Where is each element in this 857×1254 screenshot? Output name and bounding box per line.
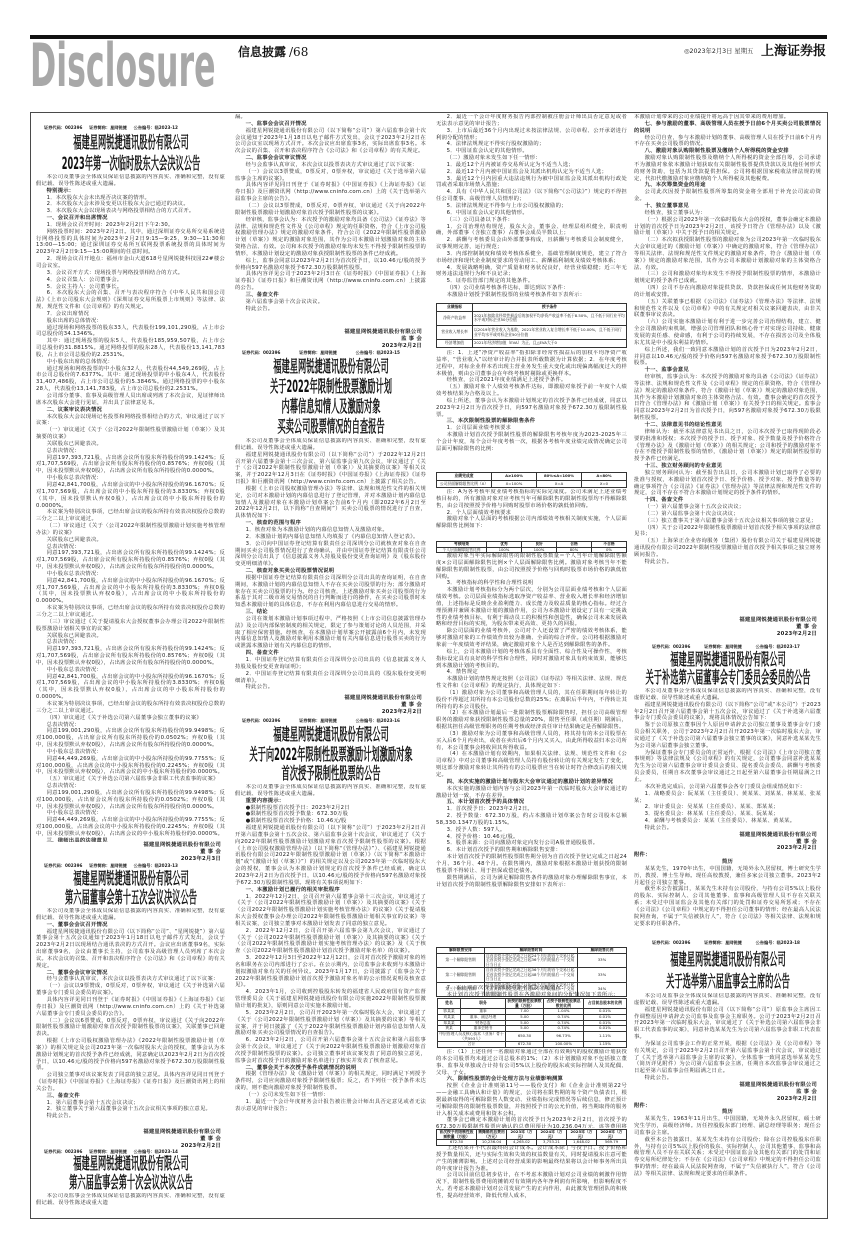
table-header-row: 姓名职务获授的限制性股票数量（万股）占授予限制性股票总数的比例占目前总股本的比例 [438,999,627,1009]
paragraph: （三）审议通过《关于提请股东大会授权董事会办理公司2022年限制性股票激励计划相… [36,619,225,633]
table-header-row: 首次授予的限制性股票数量（万股）需摊销的总费用（万元）2023年（万元）2024… [437,1130,627,1140]
section-heading: 三、备查文件 [235,292,426,299]
announcement-title: 福建星网锐捷通讯股份有限公司 关于选举第六届监事会主席的公告 [634,949,821,993]
announcement-title: 福建星网锐捷通讯股份有限公司 第六届监事会第十次会议决议公告 [36,1155,225,1192]
table-cell: 2021年经济增加值（EVA）为正，且△EVA大于0 [473,340,627,348]
announcement-body-continued: 注：1．上述“净资产收益率”指扣除非经常性损益后的加权平均净资产收益率，“营业收… [436,350,627,471]
paragraph: 公司在策划本激励计划事项过程中，严格按照《上市公司信息披露管理办法》及公司内部保… [235,616,426,650]
column-header: 获授的限制性股票数量（万股） [506,999,544,1009]
stock-abbr: 证券简称：星网锐捷 [299,718,337,723]
stock-code: 证券代码：002396 [652,644,690,649]
paragraph: 2．中国证券登记结算有限责任公司深圳分公司出具的《股东股份变更明细清单》。 [235,671,426,685]
paragraph: 2．最近12个月内被中国证监会及其派出机构认定为不适当人选； [436,169,627,176]
paragraph-list: 注：1．上述“净资产收益率”指扣除非经常性损益后的加权平均净资产收益率，“营业收… [436,350,627,453]
announcement-body-continued: 本激励计划带来的公司业绩提升将远高于因其带来的费用增加。七、参与激励的董事、高级… [634,114,821,617]
column-header: 2023年（万元） [507,1130,537,1140]
paragraph: 独立财务顾问认为：截至报告出具日，公司本激励计划已取得了必要的批准与授权，本激励… [634,470,821,497]
paragraph: 为保证董事会专门委员会的正常运作，根据《公司法》《上市公司独立董事规则》等法律法… [634,750,821,784]
section-title-cn: 信息披露/68 [238,45,308,59]
section-heading: 一、会议召开和出席情况 [36,215,225,222]
paragraph: 公司部分董事、监事及高级管理人员出席或列席了本次会议，见证律师出席本次股东大会进… [36,393,225,407]
section-heading: 十、独立董事意见 [634,203,821,210]
stock-code: 证券代码：002396 [242,350,280,355]
grant-conditions-table: 业绩指标授予条件净资产收益率2021年扣除非经常性损益后的加权平均净资产收益率不… [436,303,627,348]
signature: 福建星网锐捷通讯股份有限公司 监 事 会 2023年2月2日 [634,1082,821,1103]
section-heading: 七、参与激励的董事、高级管理人员在授予日前6个月买卖公司股票情况的说明 [634,121,821,135]
stock-abbr: 证券简称：星网锐捷 [89,863,127,868]
paragraph: 本议案为特别决议事项，已经出席会议的股东所持有效表决权股份总数的三分之二以上审议… [36,605,225,619]
stock-code: 证券代码：002396 [44,125,82,130]
stock-code-line: 证券代码：002396证券简称：星网锐捷公告编号：临2023-16 [242,718,400,723]
column-header: 占授予限制性股票总数的比例 [544,999,584,1009]
paragraph: （三）公司和激励对象均未发生不得授予限制性股票的情形，本激励计划规定的授予条件已… [634,271,821,285]
table-cell: 650.30 [506,1032,544,1042]
column-header: 业绩完成度 [437,473,492,481]
disclaimer: 本公司及董事会全体成员保证信息披露的内容真实、准确和完整，没有虚假记载、误导性陈… [235,784,426,798]
paragraph: 经审核，监事会认为：本次授予的激励对象均具备《公司法》《证券法》等法律、法规和规… [235,217,426,258]
section-heading: 二、监事会会议审议情况 [235,155,426,162]
paragraph-list: 漏。一、监事会会议召开情况福建星网锐捷通讯股份有限公司（以下简称“公司”）第六届… [235,114,426,312]
table-row: 个人层面解除限售比例100%100%80%0% [437,547,627,553]
paragraph: 根据《上市公司股权激励管理办法》《2022年限制性股票激励计划（草案）》的相关规… [36,1038,225,1072]
stock-code: 证券代码：002396 [652,940,690,945]
paragraph-list: 上述结果并不代表最终的会计成本。会计成本除了与授予日、授予价格和授予数量相关，还… [436,1145,627,1200]
paragraph: 本激励计划带来的公司业绩提升将远高于因其带来的费用增加。 [634,114,821,121]
table-cell: 80% [557,547,592,553]
announcement-body: 本公司及董事会全体成员保证信息披露的内容真实、准确和完整，没有虚假记载、误导性陈… [36,908,225,1129]
paragraph: 6．本次股东大会的召集、召开与表决程序符合《中华人民共和国公司法》《上市公司股东… [36,290,225,311]
paragraph: 某某先生，1963年11月出生，中国国籍，无境外永久居留权，硕士研究生学历，高级… [634,1116,821,1137]
section-heading: 重要内容提示： [235,798,426,805]
paragraph: 同意44,449,269股，占出席会议的中小股东所持股份的99.7755%；反对… [36,817,225,838]
title-line: 福建星网锐捷通讯股份有限公司 [26,869,236,888]
paragraph: 具体内容详见同日刊登于《证券时报》《中国证券报》《上海证券报》《证券日报》及巨潮… [36,997,225,1018]
title-line: 2023年第一次临时股东大会决议公告 [26,153,236,174]
signature-company: 福建星网锐捷通讯股份有限公司 [235,695,426,702]
paragraph: （一）根据公司2023年第一次临时股东大会的授权，董事会确定本激励计划的首次授予… [634,217,821,238]
paragraph: 律师认为：截至本法律意见书出具之日，公司本次授予已取得现阶段必要的批准和授权；本… [634,429,821,463]
disclaimer: 本公司及董事会全体成员保证信息披露的内容真实、准确和完整，没有虚假记载、误导性陈… [36,174,225,188]
paragraph: 3．最近12个月内因重大违法违规行为被中国证监会及其派出机构行政处罚或者采取市场… [436,176,627,190]
paragraph: 中小股东总表决情况： [36,667,225,674]
announcement-body-continued: 7．本计划首次授予的激励对象名单及分配情况：本计划首次授予的限制性股票在各激励对… [436,985,627,998]
newspaper-page: Disclosure 信息披露/68 ◎2023年2月3日 星期五 上海证券报 … [0,0,857,1254]
paragraph: 4．会议召集人：公司董事会。 [36,277,225,284]
paragraph: 3．公司向中国证券登记结算有限责任公司深圳分公司就核查对象在自查期间买卖公司股票… [235,541,426,568]
paragraph: 4．具有《中华人民共和国公司法》（以下简称“《公司法》”）规定的不得担任公司董事… [436,189,627,203]
paragraph: 同意42,841,700股，占出席会议的中小股东所持股份的96.1670%；反对… [36,578,225,605]
table-cell: X=0 [582,480,627,488]
paragraph: 根据中国证券登记结算有限责任公司深圳分公司出具的查询证明，在自查期间，本激励计划… [235,575,426,609]
paragraph: （三）独立董事关于第六届董事会第十五次会议相关事项的独立意见； [634,518,821,525]
stock-code-line: 证券代码：002396证券简称：星网锐捷公告编号：临2023-15 [242,350,400,355]
paragraph: 2．授予数量：672.30万股，约占本激励计划草案公告时公司股本总额58,330… [436,813,627,827]
paragraph-list: 某某先生，1970年出生，中国国籍，无境外永久居留权，博士研究生学历，教授、博士… [634,866,821,928]
title-line: 第六届董事会第十五次会议决议公告 [26,888,236,907]
signature-date: 2023年2月2日 [634,1096,821,1103]
signature-company: 福建星网锐捷通讯股份有限公司 [634,832,821,839]
paragraph-list: 2．最近一个会计年度财务报告内部控制被注册会计师出具否定意见或者无法表示意见的审… [436,114,627,299]
signature-company: 福建星网锐捷通讯股份有限公司 [36,1129,225,1136]
table-cell: 1.15% [584,1042,627,1048]
paragraph: 特此公告。 [634,559,821,566]
paragraph: 网络投票时间：2023年2月2日。其中，通过深圳证券交易所交易系统进行网络投票的… [36,229,225,256]
paragraph: 本议案为特别决议事项，已经出席会议的股东所持有效表决权股份总数的三分之二以上审议… [36,701,225,715]
paragraph: 本计划首次授予的限制性股票限售期分别为自首次授予登记完成之日起24个月、36个月… [436,854,627,875]
announcement-number: 公告编号：临2023-16 [356,718,400,723]
title-line: 福建星网锐捷通讯股份有限公司 [26,1155,236,1174]
section-heading: 特别提示： [36,188,225,195]
paragraph: 截至本公告披露日，某某先生未持有公司股份，与持有公司5%以上股份的股东、实际控制… [634,886,821,927]
stock-code-line: 证券代码：002396证券简称：星网锐捷公告编号：临2023-12 [44,125,178,130]
paragraph: 1．最近12个月内被证券交易所认定为不适当人选； [436,162,627,169]
paragraph: 中小股东总表决情况： [36,749,225,756]
paragraph: 鉴于公司原独立董事因个人原因申请辞去公司独立董事及董事会专门委员会相关职务，公司… [634,722,821,749]
announcement-number: 公告编号：临2023-15 [356,350,400,355]
attachment-heading: 简历 [634,859,821,866]
signature-company: 福建星网锐捷通讯股份有限公司 [235,329,426,336]
paragraph: 某某先生，1970年出生，中国国籍，无境外永久居留权，博士研究生学历，教授、博士… [634,866,821,887]
paragraph: 1．战略委员会：阮某某（主任委员）、黄某某、刘某某、林某某、张某某； [634,791,821,805]
paragraph: 4．2023年1月，公司收到控股股东转发的福建省人民政府国有资产监督管理委员会《… [235,989,426,1010]
announcement-body: 本公司及监事会全体成员保证信息披露的内容真实、准确和完整，没有虚假记载、误导性陈… [634,993,821,1216]
paragraph: 经核查，独立董事认为： [634,210,821,217]
paragraph: （二）激励对象未发生如下任一情形： [436,155,627,162]
paragraph-list: 福建星网锐捷通讯股份有限公司（以下简称“公司”）原监事会主席因工作调整原因申请辞… [634,1007,821,1082]
paragraph: 本议案为特别决议事项，已经出席会议的股东所持有效表决权股份总数的三分之二以上审议… [36,509,225,523]
title-line: 福建星网锐捷通讯股份有限公司 [623,949,833,971]
paragraph: 注：1．上述“净资产收益率”指扣除非经常性损益后的加权平均净资产收益率，“营业收… [436,350,627,377]
announcement-number: 公告编号：临2023-12 [134,125,178,130]
paragraph: 特此公告。 [634,825,821,832]
paragraph: 2．薪酬与考核委员会由外部董事构成，且薪酬与考核委员会制度健全，议事规则完善，运… [436,237,627,251]
title-line: 关于向2022年限制性股票激励计划激励对象 [226,745,436,765]
table-row: 第二个解除限售期自首次授予登记完成之日起36个月后的首个交易日起至首次授予登记完… [437,968,627,983]
section-heading: 三、结论 [235,609,426,616]
section-title-en: Disclosure [30,36,216,96]
paragraph: 同意42,841,700股，占出席会议的中小股东所持股份的96.1670%；反对… [36,674,225,701]
signature-date: 2023年2月2日 [235,343,426,350]
stock-code-line: 证券代码：002396证券简称：星网锐捷公告编号：临2023-18 [652,940,800,945]
title-line: 内幕信息知情人及激励对象 [226,397,436,417]
paragraph-list: 注：（1）上述任何一名激励对象通过全部在有效期内的股权激励计划获授的本公司股票均… [436,1049,627,1128]
paragraph-list: 注：A为各考核年度业绩考核指标的实际完成度。公司未满足上述业绩考核目标的，所有激… [436,489,627,530]
section-name: 信息披露 [238,45,286,59]
table-cell: 100% [487,547,522,553]
paragraph: 注：A为各考核年度业绩考核指标的实际完成度。公司未满足上述业绩考核目标的，所有激… [436,489,627,510]
paragraph: 7．会议出席情况 [36,311,225,318]
paragraph: （一）第六届董事会第十五次会议决议； [634,504,821,511]
paragraph: 其中：通过现场投票的股东5人，代表股份185,959,507股，占上市公司总股份… [36,338,225,359]
paragraph: 综上，公司本激励计划的考核体系具有全面性、综合性及可操作性，考核指标设定具有良好… [436,649,627,670]
paragraph: （一）会议以9票赞成，0票反对，0票弃权，审议通过《关于补选第六届董事会专门委员… [36,983,225,997]
cost-amortization-table: 首次授予的限制性股票数量（万股）需摊销的总费用（万元）2023年（万元）2024… [436,1129,627,1146]
title-line: 福建星网锐捷通讯股份有限公司 [226,725,436,745]
paragraph: 具体内容详见公司于2023年2月3日在《证券时报》《中国证券报》《上海证券报》《… [235,271,426,292]
paragraph: （六）公司实施本激励计划有利于进一步完善公司治理结构，建立、健全公司激励约束机制… [634,319,821,346]
paragraph: 综上所述，董事会认为本激励计划规定的首次授予条件已经成就，同意以2023年2月2… [436,398,627,419]
paragraph: 经与会监事认真审议，本次会议以投票表决方式审议通过了以下议案： [235,162,426,169]
disclaimer: 本公司及监事会全体成员保证信息披露的内容真实、准确和完整，没有虚假记载、误导性陈… [634,993,821,1007]
paragraph: 同意197,393,721股，占出席会议所有股东所持股份的99.1424%；反对… [36,550,225,571]
column-header: A<80% [582,473,627,481]
column-header: 授予条件 [473,304,627,312]
issue-date: ◎2023年2月3日 星期五 [684,48,753,56]
paragraph: 通过现场和网络投票的股东33人，代表股份199,101,290股，占上市公司总股… [36,325,225,339]
stock-abbr: 证券简称：星网锐捷 [299,350,337,355]
paragraph-list: 本激励计划带来的公司业绩提升将远高于因其带来的费用增加。七、参与激励的董事、高级… [634,114,821,566]
paragraph: 特此公告。 [235,306,426,313]
newspaper-logo: 上海证券报 [761,44,826,59]
table-cell: 第一个解除限售期 [437,953,485,968]
announcement-body: 本公司及董事会全体成员保证信息披露的内容真实、准确和完整，没有虚假记载、误导性陈… [36,174,225,842]
disclaimer: 本公司及董事会全体成员保证信息披露的内容真实、准确和完整，没有虚假记载、误导性陈… [36,908,225,922]
stock-code-line: 证券代码：002396证券简称：星网锐捷公告编号：临2023-17 [652,644,800,649]
title-line: 首次授予限制性股票的公告 [226,764,436,784]
paragraph: 第六届监事会第十次会议决议。 [235,299,426,306]
announcement-title: 福建星网锐捷通讯股份有限公司 关于向2022年限制性股票激励计划激励对象 首次授… [235,725,426,784]
table-cell: 2021年扣除非经常性损益后的加权平均净资产收益率不低于8.50%，且不低于同行… [473,311,627,325]
title-line: 福建星网锐捷通讯股份有限公司 [226,357,436,377]
table-row: 营业收入增长率以2019年营业收入为基数，2021年营业收入复合增长率不低于10… [437,325,627,339]
paragraph: （五）上海荣正企业咨询服务（集团）股份有限公司关于福建星网锐捷通讯股份有限公司2… [634,538,821,559]
column-header: 占目前总股本的比例 [584,999,627,1009]
paragraph: （二）审议通过《关于〈公司2022年限制性股票激励计划实施考核管理办法〉的议案》 [36,523,225,537]
signature-board: 董 事 会 [36,849,225,856]
paragraph: 公司以目前信息初步估计，在不考虑本激励计划对公司业绩的刺激作用情况下，限制性股票… [436,1172,627,1199]
page-number: /68 [289,45,308,59]
section-heading: 十二、法律意见书的结论性意见 [634,422,821,429]
paragraph: （一）公司未发生如下任一情形： [235,1092,426,1099]
column-header: 姓名 [438,999,461,1009]
signature-board: 董 事 会 [235,702,426,709]
signature-date: 2023年2月2日 [634,631,821,638]
paragraph: 截至本公告披露日，某某先生未持有公司股份；除在公司控股股东任职外，与持有公司5%… [634,1137,821,1178]
paragraph: 上述结果并不代表最终的会计成本。会计成本除了与授予日、授予价格和授予数量相关，还… [436,1145,627,1172]
paragraph: 福建星网锐捷通讯股份有限公司（以下简称“公司”）第六届监事会第十次会议通知于20… [235,128,426,155]
table-row: 中层管理人员及核心技术（业务）骨干（共593人）650.3096.73%1.11… [438,1032,627,1042]
paragraph: （四）公司业绩考核条件达标，即达到以下条件： [436,285,627,292]
section-heading: 三、备查文件 [36,1093,225,1100]
paragraph: 注：（1）上述任何一名激励对象通过全部在有效期内的股权激励计划获授的本公司股票均… [436,1049,627,1076]
paragraph: 本激励计划考核指标分为两个层次，分别为公司层面业绩考核和个人层面绩效考核。公司层… [436,587,627,628]
paragraph-list: 某某先生，1963年11月出生，中国国籍，无境外永久居留权，硕士研究生学历，高级… [634,1116,821,1178]
paragraph-list: 特别提示：1．本次股东大会未出现否决议案的情形。2．本次股东大会未涉及变更以往股… [36,188,225,842]
paragraph: 激励对象认购限制性股票及缴纳个人所得税的资金全部自筹，公司承诺不为激励对象依本激… [634,155,821,182]
title-line: 第六届监事会第十次会议决议公告 [26,1174,236,1193]
paragraph: 中小股东总表决情况： [36,475,225,482]
title-line: 关于选举第六届监事会主席的公告 [623,971,833,993]
paragraph: 1．最近一个会计年度财务会计报告被注册会计师出具否定意见或者无法表示意见的审计报… [235,1099,426,1113]
announcement-body: 本公司及董事会全体成员保证信息披露的内容真实、准确和完整，没有虚假记载、误导性陈… [235,438,426,695]
paragraph: 同意42,841,700股，占出席会议的中小股东所持股份的96.1670%；反对… [36,482,225,509]
allocation-table: 姓名职务获授的限制性股票数量（万股）占授予限制性股票总数的比例占目前总股本的比例… [437,998,627,1048]
table-cell: 0% [592,547,627,553]
table-cell: 个人层面解除限售比例 [437,547,487,553]
paragraph: 激励对象个人层面的考核根据公司内部绩效考核相关制度实施，个人层面解除限售比例如下… [436,516,627,530]
paragraph: （二）本次拟获授限制性股票的激励对象为公司2023年第一次临时股东大会审议通过的… [634,237,821,271]
paragraph-list: 福建星网锐捷通讯股份有限公司（以下简称“公司”或“本公司”）于2023年2月2日… [634,702,821,832]
table-row: 净资产收益率2021年扣除非经常性损益后的加权平均净资产收益率不低于8.50%，… [437,311,627,325]
paragraph: 根据《管理办法》及《激励计划（草案）》的相关规定，同时满足下列授予条件时，公司应… [235,1071,426,1092]
paragraph: 为保证公司监事会工作的正常开展，根据《公司法》及《公司章程》等有关规定，公司于2… [634,1041,821,1075]
section-heading: 一、本激励计划已履行的相关审批程序 [235,887,426,894]
paragraph: （四）审议通过《关于补选公司第六届董事会独立董事的议案》 [36,715,225,722]
paragraph: 总表决情况： [36,448,225,455]
paragraph: 同意197,393,721股，占出席会议所有股东所持股份的99.1424%；反对… [36,646,225,667]
signature-board: 监 事 会 [634,1089,821,1096]
announcement-title: 福建星网锐捷通讯股份有限公司 第六届董事会第十五次会议决议公告 [36,869,225,907]
paragraph: 3．内部控制制度和绩效考核体系健全，基础管理制度规范，建立了符合市场经济和现代企… [436,251,627,265]
disclaimer: 本公司及董事会全体成员保证信息披露的内容真实、准确和完整，没有虚假记载、误导性陈… [634,688,821,702]
announcement-number: 公告编号：临2023-18 [756,940,800,945]
table-row: 合计672.30100.00%1.15% [438,1042,627,1048]
signature-company: 福建星网锐捷通讯股份有限公司 [634,1082,821,1089]
paragraph: 除公司层面的业绩考核外，公司对个人还设置了严密的绩效考核体系，能够对激励对象的工… [436,628,627,649]
title-line: 福建星网锐捷通讯股份有限公司 [623,651,833,669]
table-row: 第一个解除限售期自首次授予登记完成之日起24个月后的首个交易日起至首次授予登记完… [437,953,627,968]
signature-date: 2023年2月2日 [634,845,821,852]
paragraph: （3）激励对象为公司董事和高级管理人员的，将其持有的本公司股票在买入后6个月内卖… [436,731,627,752]
column-header: 2024年（万元） [537,1130,567,1140]
announcement-body: 本公司及董事会全体成员保证信息披露的内容真实、准确和完整，没有虚假记载、误导性陈… [235,784,426,1216]
signature-board: 监 事 会 [235,336,426,343]
signature-board: 董 事 会 [36,1136,225,1143]
section-heading: 四、备查文件 [235,650,426,657]
title-line: 关于2022年限制性股票激励计划 [226,377,436,397]
table-cell: 营业收入增长率 [437,325,473,339]
paragraph: 3．2022年12月3日至2022年12月12日，公司对首次授予激励对象的姓名和… [235,955,426,989]
stock-code-line: 证券代码：002396证券简称：星网锐捷公告编号：临2023-13 [44,863,178,868]
announcement-body: 本公司及董事会全体成员保证信息披露的内容真实、准确和完整，没有虚假记载、误导性陈… [634,688,821,938]
paragraph: 同意199,001,290股，占出席会议所有股东所持股份的99.9498%；反对… [36,728,225,749]
paragraph: （2）在本激励计划最后一批限制性股票解除限售时，担任公司高级管理职务的激励对象获… [436,710,627,731]
section-heading: 一、董事会会议召开情况 [36,922,225,929]
paragraph: （五）激励对象个人绩效考核条件达标，即激励对象授予前一年度个人绩效考核结果为合格… [436,384,627,398]
column-header: 需摊销的总费用（万元） [477,1130,507,1140]
paragraph: 1．核查对象为本激励计划的内幕信息知情人及激励对象。 [235,527,426,534]
paragraph: 通过现场和网络投票的中小股东32人，代表股份44,549,269股，占上市公司总… [36,366,225,393]
paragraph: 2．2022年12月2日，公司召开第六届监事会第九次会议，审议通过了《关于〈公司… [235,928,426,955]
announcement-body-continued: 上述结果并不代表最终的会计成本。会计成本除了与授予日、授予价格和授予数量相关，还… [436,1145,627,1216]
column-header: 80%≤A<100% [537,473,582,481]
paragraph: （二）第六届监事会第十次会议决议； [634,511,821,518]
column-header: 首次授予的限制性股票数量（万股） [437,1130,477,1140]
paragraph: 特此公告。 [36,1113,225,1120]
paragraph: 经公司自查，参与本激励计划的董事、高级管理人员在授予日前6个月内不存在买卖公司股… [634,135,821,149]
announcement-title: 福建星网锐捷通讯股份有限公司 关于2022年限制性股票激励计划 内幕信息知情人及… [235,357,426,437]
signature: 福建星网锐捷通讯股份有限公司 董 事 会 2023年2月2日 [235,695,426,716]
table-cell: 33% [578,968,627,983]
section-heading: 二、议案审议表决情况 [36,407,225,414]
stock-code: 证券代码：002396 [44,863,82,868]
table-cell: 第二个解除限售期 [437,968,485,983]
announcement-body: 本公司及监事会全体成员保证信息披露的内容真实、准确和完整，没有虚假记载、误导性陈… [36,1193,225,1216]
paragraph: （四）公司不存在向激励对象提供贷款、贷款担保或任何其他财务资助的计划或安排。 [634,285,821,299]
paragraph: 2．现场会议召开地点：福州市金山大道618号星网锐捷科技园22#楼公司会议室。 [36,256,225,270]
paragraph: 1．现场会议召开时间：2023年2月2日下午2:30。 [36,222,225,229]
paragraph: （4）在本激励计划有效期内，如果相关法律、法规、规范性文件和《公司章程》中对公司… [436,751,627,778]
section-heading: 二、核查对象买卖公司股票情况说明 [235,568,426,575]
disclaimer: 本公司及监事会全体成员保证信息披露的内容真实、准确和完整，没有虚假记载、误导性陈… [36,1193,225,1207]
table-cell: 以2019年营业收入为基数，2021年营业收入复合增长率不低于10.00%，且不… [473,325,627,339]
title-line: 买卖公司股票情况的自查报告 [226,417,436,437]
signature: 福建星网锐捷通讯股份有限公司 董 事 会 2023年2月2日 [36,1129,225,1150]
paragraph: 特此公告。 [634,1075,821,1082]
table-row: 经济增加值2021年经济增加值（EVA）为正，且△EVA大于0 [437,340,627,348]
table-cell: 中层管理人员及核心技术（业务）骨干（共593人） [438,1032,506,1042]
stock-abbr: 证券简称：星网锐捷 [704,644,742,649]
announcement-body-continued: 注：（1）上述任何一名激励对象通过全部在有效期内的股权激励计划获授的本公司股票均… [436,1049,627,1128]
table-cell: 净资产收益率 [437,311,473,325]
paragraph: （1）激励对象为公司董事和高级管理人员的，其在任职期间每年转让的股份不得超过其所… [436,690,627,711]
paragraph: 股东出席的总体情况： [36,318,225,325]
title-line: 福建星网锐捷通讯股份有限公司 [26,132,236,153]
table-cell: 1.11% [584,1032,627,1042]
paragraph: 本激励计划首次授予限制性股票的解除限售考核年度为2023-2025年三个会计年度… [436,432,627,453]
table-cell: 合计 [438,1042,506,1048]
paragraph: 中小股东出席的总体情况： [36,359,225,366]
table-header-row: 业绩完成度A≥100%80%≤A<100%A<80% [437,473,627,481]
paragraph-list: 福建星网锐捷通讯股份有限公司（以下简称“公司”）于2022年12月2日召开第六届… [235,452,426,692]
paragraph: 1．公司治理结构规范，股东大会、董事会、经理层组织健全，职责明确，外部董事（含独… [436,224,627,238]
table-cell: X=100% [492,480,537,488]
paragraph: 综上，监事会同意以2023年2月2日为首次授予日，以10.46元/股的授予价格向… [235,258,426,272]
paragraph: 5．2023年2月2日，公司召开2023年第一次临时股东大会，审议通过了《关于〈… [235,1010,426,1037]
announcement-body-continued: 漏。一、监事会会议召开情况福建星网锐捷通讯股份有限公司（以下简称“公司”）第六届… [235,114,426,329]
paragraph: 2．最近一个会计年度财务报告内部控制被注册会计师出具否定意见或者无法表示意见的审… [436,114,627,128]
paragraph: （二）会议以3票赞成，0票反对，0票弃权，审议通过《关于向2022年限制性股票激… [235,203,426,217]
paragraph: 具体内容详见同日刊登于《证券时报》《中国证券报》《上海证券报》《证券日报》及巨潮… [235,182,426,203]
paragraph: 公司独立董事对该议案发表了同意的独立意见。具体内容详见同日刊登于《证券时报》《中… [36,1072,225,1093]
paragraph: 本次股东大会以现场记名投票和网络投票相结合的方式，审议通过了以下议案： [36,414,225,428]
announcement-body-continued: 2．最近一个会计年度财务报告内部控制被注册会计师出具否定意见或者无法表示意见的审… [436,114,627,302]
paragraph: 限售期满后，公司为满足解除限售条件的激励对象办理解除限售事宜，本计划首次授予的限… [436,875,627,889]
paragraph: 1．中国证券登记结算有限责任公司深圳分公司出具的《信息披露义务人持股及股份变更查… [235,657,426,671]
paragraph: 本激励计划授予限制性股票的业绩考核条件如下表所示： [436,292,627,299]
paragraph: 按照《企业会计准则第11号——股份支付》和《企业会计准则第22号——金融工具确认… [436,1083,627,1117]
table-cell: 96.73% [544,1032,584,1042]
stock-code: 证券代码：002396 [242,718,280,723]
paragraph: （二）会议以6票赞成，0票反对，0票弃权，审议通过《关于向2022年限制性股票激… [36,1018,225,1039]
individual-unlock-ratio-table: 考核结果优秀良好合格不合格个人层面解除限售比例100%100%80%0% [436,541,627,553]
paragraph: （一）会议以3票赞成，0票反对，0票弃权，审议通过《关于选举第六届监事会主席的议… [235,169,426,183]
paragraph: 本激励计划的禁售规定按照《公司法》《证券法》等相关法律、法规、规范性文件和《公司… [436,676,627,690]
signature: 福建星网锐捷通讯股份有限公司 董 事 会 2023年2月2日 [634,832,821,853]
signature: 福建星网锐捷通讯股份有限公司 监 事 会 2023年2月2日 [235,329,426,350]
paragraph: 同意197,393,721股，占出席会议所有股东所持股份的99.1424%；反对… [36,455,225,476]
paragraph: 3．会议召开方式：现场投票与网络投票相结合的方式。 [36,270,225,277]
paragraph: 3．授予人数：597人。 [436,827,627,834]
signature-board: 董 事 会 [634,624,821,631]
paragraph-list: 一、董事会会议召开情况福建星网锐捷通讯股份有限公司（以下简称“公司”、“星网锐捷… [36,922,225,1120]
paragraph: （三）公司具备以下条件： [436,217,627,224]
paragraph: （五）关联董事已根据《公司法》《证券法》《管理办法》等法律、法规和规范性文件以及… [634,299,821,320]
table-cell: 经济增加值 [437,340,473,348]
paragraph: 特此公告。 [235,684,426,691]
table-cell: 100% [522,547,557,553]
paragraph: 中小股东总表决情况： [36,571,225,578]
announcement-title: 福建星网锐捷通讯股份有限公司 关于补选第六届董事会专门委员会委员的公告 [634,651,821,687]
paragraph: 福建星网锐捷通讯股份有限公司（以下简称“公司”或“本公司”）于2023年2月2日… [634,702,821,723]
table-cell: 自首次授予登记完成之日起36个月后的首个交易日起至首次授予登记完成之日起48个月… [485,968,578,983]
section-heading: 一、监事会会议召开情况 [235,121,426,128]
paragraph: 根据《上市公司股权激励管理办法》等法律、法规和规范性文件的相关规定，公司对本激励… [235,486,426,520]
table-row: 公司层面解除限售比例（X）X=100%X=AX=0 [437,480,627,488]
paragraph: 2．本激励计划的内幕信息知情人均填报了《内幕信息知情人登记表》。 [235,534,426,541]
paragraph: 7．本计划首次授予的激励对象名单及分配情况： [436,985,627,992]
paragraph: 3．提名委员会：林某某（主任委员）、某某、阮某某； [634,811,821,818]
